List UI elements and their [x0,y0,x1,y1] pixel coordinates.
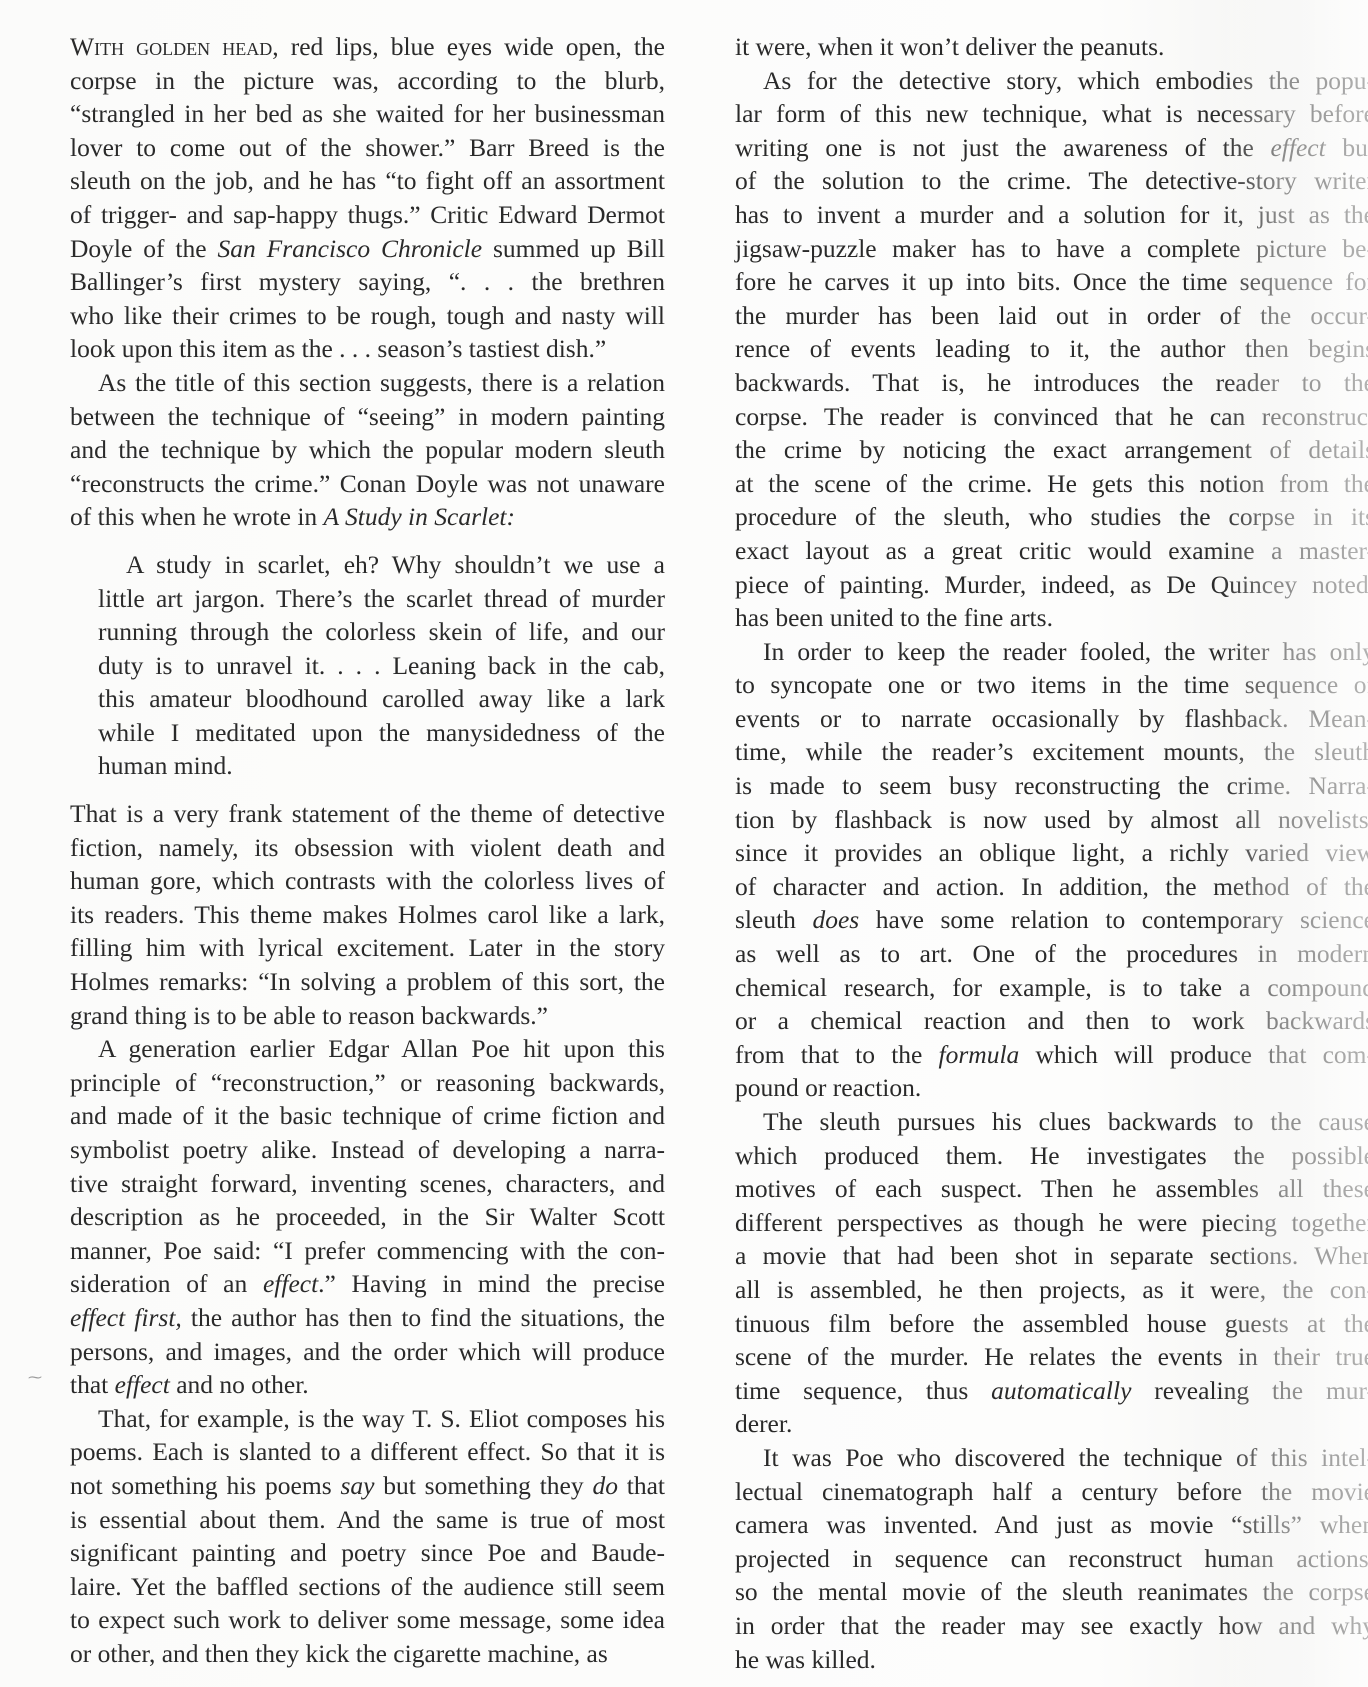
text-line: as well as to art. One of the procedures… [735,937,1368,971]
text-line: lectual cinematograph half a century bef… [735,1475,1368,1509]
paragraph: With golden head, red lips, blue eyes wi… [70,30,665,366]
text-line: which produced them. He investigates the… [735,1139,1368,1173]
text-line: it were, when it won’t deliver the peanu… [735,30,1368,64]
text-line: a movie that had been shot in separate s… [735,1239,1368,1273]
text-line: has to invent a murder and a solution fo… [735,198,1368,232]
text-line: lar form of this new technique, what is … [735,97,1368,131]
lead-in-smallcaps: With golden head [70,32,272,61]
text-line: is essential about them. And the same is… [70,1503,665,1537]
text-line: corpse. The reader is convinced that he … [735,400,1368,434]
text-line: from that to the formula which will prod… [735,1038,1368,1072]
text-line: principle of “reconstruction,” or reason… [70,1066,665,1100]
italic-text: first, [134,1303,181,1332]
text-line: poems. Each is slanted to a different ef… [70,1435,665,1469]
paragraph: it were, when it won’t deliver the peanu… [735,30,1368,64]
text-line: and made of it the basic technique of cr… [70,1099,665,1133]
text-line: derer. [735,1407,1368,1441]
text-line: who like their crimes to be rough, tough… [70,299,665,333]
left-column: With golden head, red lips, blue eyes wi… [70,30,665,1671]
text-line: procedure of the sleuth, who studies the… [735,500,1368,534]
text-line: sleuth on the job, and he has “to fight … [70,164,665,198]
text-line: effect first, the author has then to fin… [70,1301,665,1335]
text-line: or a chemical reaction and then to work … [735,1004,1368,1038]
text-line: human gore, which contrasts with the col… [70,864,665,898]
paragraph: The sleuth pursues his clues backwards t… [735,1105,1368,1441]
text-line: between the technique of “seeing” in mod… [70,400,665,434]
text-line: That is a very frank statement of the th… [70,797,665,831]
text-line: duty is to unravel it. . . . Leaning bac… [70,649,665,683]
text-line: symbolist poetry alike. Instead of devel… [70,1133,665,1167]
text-line: Holmes remarks: “In solving a problem of… [70,965,665,999]
text-line: at the scene of the crime. He gets this … [735,467,1368,501]
text-line: jigsaw-puzzle maker has to have a comple… [735,232,1368,266]
text-line: has been united to the fine arts. [735,601,1368,635]
text-line: he was killed. [735,1643,1368,1677]
text-line: since it provides an oblique light, a ri… [735,836,1368,870]
text-line: little art jargon. There’s the scarlet t… [70,582,665,616]
block-quote: A study in scarlet, eh? Why shouldn’t we… [70,548,665,783]
text-line: this amateur bloodhound carolled away li… [70,682,665,716]
text-line: Doyle of the San Francisco Chronicle sum… [70,232,665,266]
paragraph: That, for example, is the way T. S. Elio… [70,1402,665,1671]
italic-text: effect [263,1269,318,1298]
text-line: fore he carves it up into bits. Once the… [735,265,1368,299]
text-line: lover to come out of the shower.” Barr B… [70,131,665,165]
text-line: camera was invented. And just as movie “… [735,1508,1368,1542]
text-line: laire. Yet the baffled sections of the a… [70,1570,665,1604]
text-line: of this when he wrote in A Study in Scar… [70,500,665,534]
text-line: that effect and no other. [70,1368,665,1402]
text-line: The sleuth pursues his clues backwards t… [735,1105,1368,1139]
text-line: With golden head, red lips, blue eyes wi… [70,30,665,64]
text-line: time, while the reader’s excitement moun… [735,735,1368,769]
text-line: of the solution to the crime. The detect… [735,164,1368,198]
paragraph: That is a very frank statement of the th… [70,797,665,1032]
text-line: significant painting and poetry since Po… [70,1536,665,1570]
italic-text: effect [1270,133,1325,162]
text-line: fiction, namely, its obsession with viol… [70,831,665,865]
text-line: the crime by noticing the exact arrangem… [735,433,1368,467]
text-line: so the mental movie of the sleuth reanim… [735,1575,1368,1609]
paragraph: As the title of this section suggests, t… [70,366,665,534]
text-line: running through the colorless skein of l… [70,615,665,649]
text-line: and the technique by which the popular m… [70,433,665,467]
text-line: events or to narrate occasionally by fla… [735,702,1368,736]
text-line: its readers. This theme makes Holmes car… [70,898,665,932]
text-line: As the title of this section suggests, t… [70,366,665,400]
text-line: while I meditated upon the manysidedness… [70,716,665,750]
text-line: That, for example, is the way T. S. Elio… [70,1402,665,1436]
text-line: in order that the reader may see exactly… [735,1609,1368,1643]
text-line: writing one is not just the awareness of… [735,131,1368,165]
text-line: It was Poe who discovered the technique … [735,1441,1368,1475]
text-line: pound or reaction. [735,1071,1368,1105]
text-line: backwards. That is, he introduces the re… [735,366,1368,400]
text-line: corpse in the picture was, according to … [70,64,665,98]
text-line: grand thing is to be able to reason back… [70,999,665,1033]
text-line: to syncopate one or two items in the tim… [735,668,1368,702]
book-page: With golden head, red lips, blue eyes wi… [0,0,1368,1687]
text-line: tinuous film before the assembled house … [735,1307,1368,1341]
text-line: filling him with lyrical excitement. Lat… [70,931,665,965]
italic-text: effect [70,1303,125,1332]
text-line: piece of painting. Murder, indeed, as De… [735,568,1368,602]
text-line: description as he proceeded, in the Sir … [70,1200,665,1234]
text-line: chemical research, for example, is to ta… [735,971,1368,1005]
text-line: As for the detective story, which embodi… [735,64,1368,98]
italic-text: does [812,905,859,934]
italic-text: do [592,1471,618,1500]
text-line: “reconstructs the crime.” Conan Doyle wa… [70,467,665,501]
right-column: it were, when it won’t deliver the peanu… [735,30,1368,1676]
italic-text: say [340,1471,374,1500]
text-line: all is assembled, he then projects, as i… [735,1273,1368,1307]
text-line: of trigger- and sap-happy thugs.” Critic… [70,198,665,232]
text-line: motives of each suspect. Then he assembl… [735,1172,1368,1206]
italic-text: A Study in Scarlet: [324,502,515,531]
paragraph: A generation earlier Edgar Allan Poe hit… [70,1032,665,1402]
text-line: A generation earlier Edgar Allan Poe hit… [70,1032,665,1066]
text-line: In order to keep the reader fooled, the … [735,635,1368,669]
text-line: sleuth does have some relation to contem… [735,903,1368,937]
italic-text: effect [115,1370,170,1399]
text-line: not something his poems say but somethin… [70,1469,665,1503]
paragraph: It was Poe who discovered the technique … [735,1441,1368,1676]
margin-pen-mark: ⁓ [28,1370,58,1378]
text-line: look upon this item as the . . . season’… [70,332,665,366]
paragraph: In order to keep the reader fooled, the … [735,635,1368,1105]
text-line: or other, and then they kick the cigaret… [70,1637,665,1671]
text-line: “strangled in her bed as she waited for … [70,97,665,131]
text-line: scene of the murder. He relates the even… [735,1340,1368,1374]
paragraph: As for the detective story, which embodi… [735,64,1368,635]
text-line: persons, and images, and the order which… [70,1335,665,1369]
text-line: to expect such work to deliver some mess… [70,1603,665,1637]
text-line: of character and action. In addition, th… [735,870,1368,904]
text-line: different perspectives as though he were… [735,1206,1368,1240]
text-line: Ballinger’s first mystery saying, “. . .… [70,265,665,299]
italic-text: automatically [991,1376,1131,1405]
text-line: projected in sequence can reconstruct hu… [735,1542,1368,1576]
text-line: human mind. [70,749,665,783]
italic-text: San Francisco Chronicle [218,234,483,263]
text-line: time sequence, thus automatically reveal… [735,1374,1368,1408]
text-line: rence of events leading to it, the autho… [735,332,1368,366]
text-line: sideration of an effect.” Having in mind… [70,1267,665,1301]
text-line: tion by flashback is now used by almost … [735,803,1368,837]
text-line: exact layout as a great critic would exa… [735,534,1368,568]
text-line: manner, Poe said: “I prefer commencing w… [70,1234,665,1268]
italic-text: formula [939,1040,1020,1069]
text-line: A study in scarlet, eh? Why shouldn’t we… [70,548,665,582]
text-line: tive straight forward, inventing scenes,… [70,1167,665,1201]
text-line: is made to seem busy reconstructing the … [735,769,1368,803]
text-line: the murder has been laid out in order of… [735,299,1368,333]
